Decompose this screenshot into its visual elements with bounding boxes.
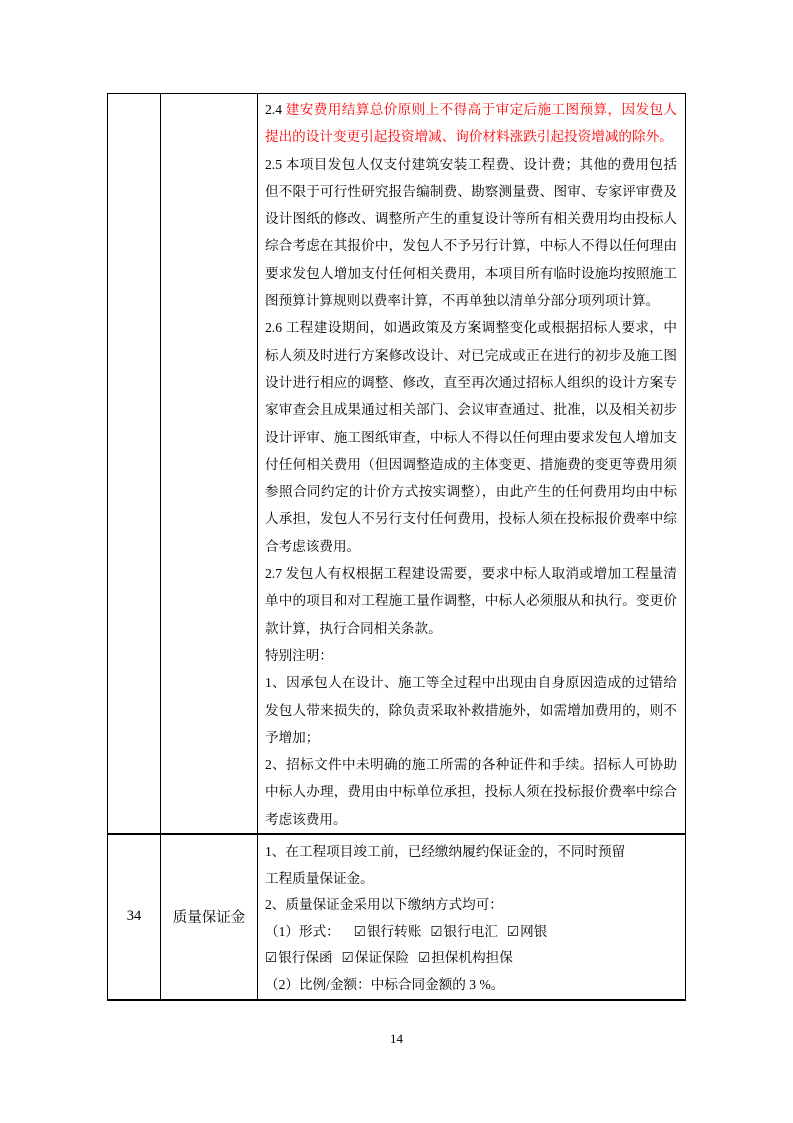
option-guarantor-agency-label: 担保机构担保 xyxy=(431,950,513,965)
row-item-cell xyxy=(161,94,258,835)
option-bank-wire: ☑银行电汇 xyxy=(430,924,498,939)
option-bank-wire-label: 银行电汇 xyxy=(444,924,498,939)
clause-2-6: 2.6 工程建设期间，如遇政策及方案调整变化或根据招标人要求，中标人须及时进行方… xyxy=(265,314,677,560)
row-34-content-cell: 1、在工程项目竣工前，已经缴纳履约保证金的，不同时预留 工程质量保证金。 2、质… xyxy=(258,834,686,1000)
clause-2-4-red-text: 建安费用结算总价原则上不得高于审定后施工图预算，因发包人提出的设计变更引起投资增… xyxy=(265,102,677,144)
checkbox-checked-icon: ☑ xyxy=(354,924,366,939)
option-bank-transfer: ☑银行转账 xyxy=(354,924,422,939)
option-guarantor-agency: ☑担保机构担保 xyxy=(418,950,513,965)
payment-form-line-1: （1）形式：☑银行转账☑银行电汇☑网银 xyxy=(265,919,677,946)
row-no-cell xyxy=(108,94,161,835)
row-34-item-label: 质量保证金 xyxy=(161,834,258,1000)
option-guarantee-insurance-label: 保证保险 xyxy=(355,950,409,965)
checkbox-checked-icon: ☑ xyxy=(418,950,430,965)
special-note-1: 1、因承包人在设计、施工等全过程中出现由自身原因造成的过错给发包人带来损失的，除… xyxy=(265,669,677,751)
table-row-continuation: 2.4 建安费用结算总价原则上不得高于审定后施工图预算，因发包人提出的设计变更引… xyxy=(108,94,686,835)
option-bank-guarantee: ☑银行保函 xyxy=(265,950,333,965)
page-number: 14 xyxy=(0,1031,793,1047)
table-row-34: 34 质量保证金 1、在工程项目竣工前，已经缴纳履约保证金的，不同时预留 工程质… xyxy=(108,834,686,1000)
checkbox-checked-icon: ☑ xyxy=(430,924,442,939)
tender-clauses-table: 2.4 建安费用结算总价原则上不得高于审定后施工图预算，因发包人提出的设计变更引… xyxy=(107,93,686,1001)
retention-ratio-line: （2）比例/金额：中标合同金额的 3 %。 xyxy=(265,972,677,999)
special-note-2: 2、招标文件中未明确的施工所需的各种证件和手续。招标人可协助中标人办理，费用由中… xyxy=(265,751,677,833)
clause-2-5: 2.5 本项目发包人仅支付建筑安装工程费、设计费；其他的费用包括但不限于可行性研… xyxy=(265,151,677,315)
checkbox-checked-icon: ☑ xyxy=(507,924,519,939)
option-ebank: ☑网银 xyxy=(507,924,547,939)
clause-2-7: 2.7 发包人有权根据工程建设需要，要求中标人取消或增加工程量清单中的项目和对工… xyxy=(265,560,677,642)
checkbox-checked-icon: ☑ xyxy=(265,950,277,965)
payment-form-line-2: ☑银行保函☑保证保险☑担保机构担保 xyxy=(265,945,677,972)
retention-line-3: 2、质量保证金采用以下缴纳方式均可： xyxy=(265,892,677,919)
clause-2-4: 2.4 建安费用结算总价原则上不得高于审定后施工图预算，因发包人提出的设计变更引… xyxy=(265,96,677,151)
row-34-number: 34 xyxy=(108,834,161,1000)
option-ebank-label: 网银 xyxy=(520,924,547,939)
payment-form-label: （1）形式： xyxy=(265,924,340,939)
option-bank-transfer-label: 银行转账 xyxy=(367,924,421,939)
clause-2-4-number: 2.4 xyxy=(265,102,286,117)
row-content-cell: 2.4 建安费用结算总价原则上不得高于审定后施工图预算，因发包人提出的设计变更引… xyxy=(258,94,686,835)
checkbox-checked-icon: ☑ xyxy=(342,950,354,965)
special-note-title: 特别注明： xyxy=(265,642,677,669)
option-bank-guarantee-label: 银行保函 xyxy=(278,950,332,965)
retention-line-2: 工程质量保证金。 xyxy=(265,866,677,893)
option-guarantee-insurance: ☑保证保险 xyxy=(342,950,410,965)
retention-line-1: 1、在工程项目竣工前，已经缴纳履约保证金的，不同时预留 xyxy=(265,839,677,866)
